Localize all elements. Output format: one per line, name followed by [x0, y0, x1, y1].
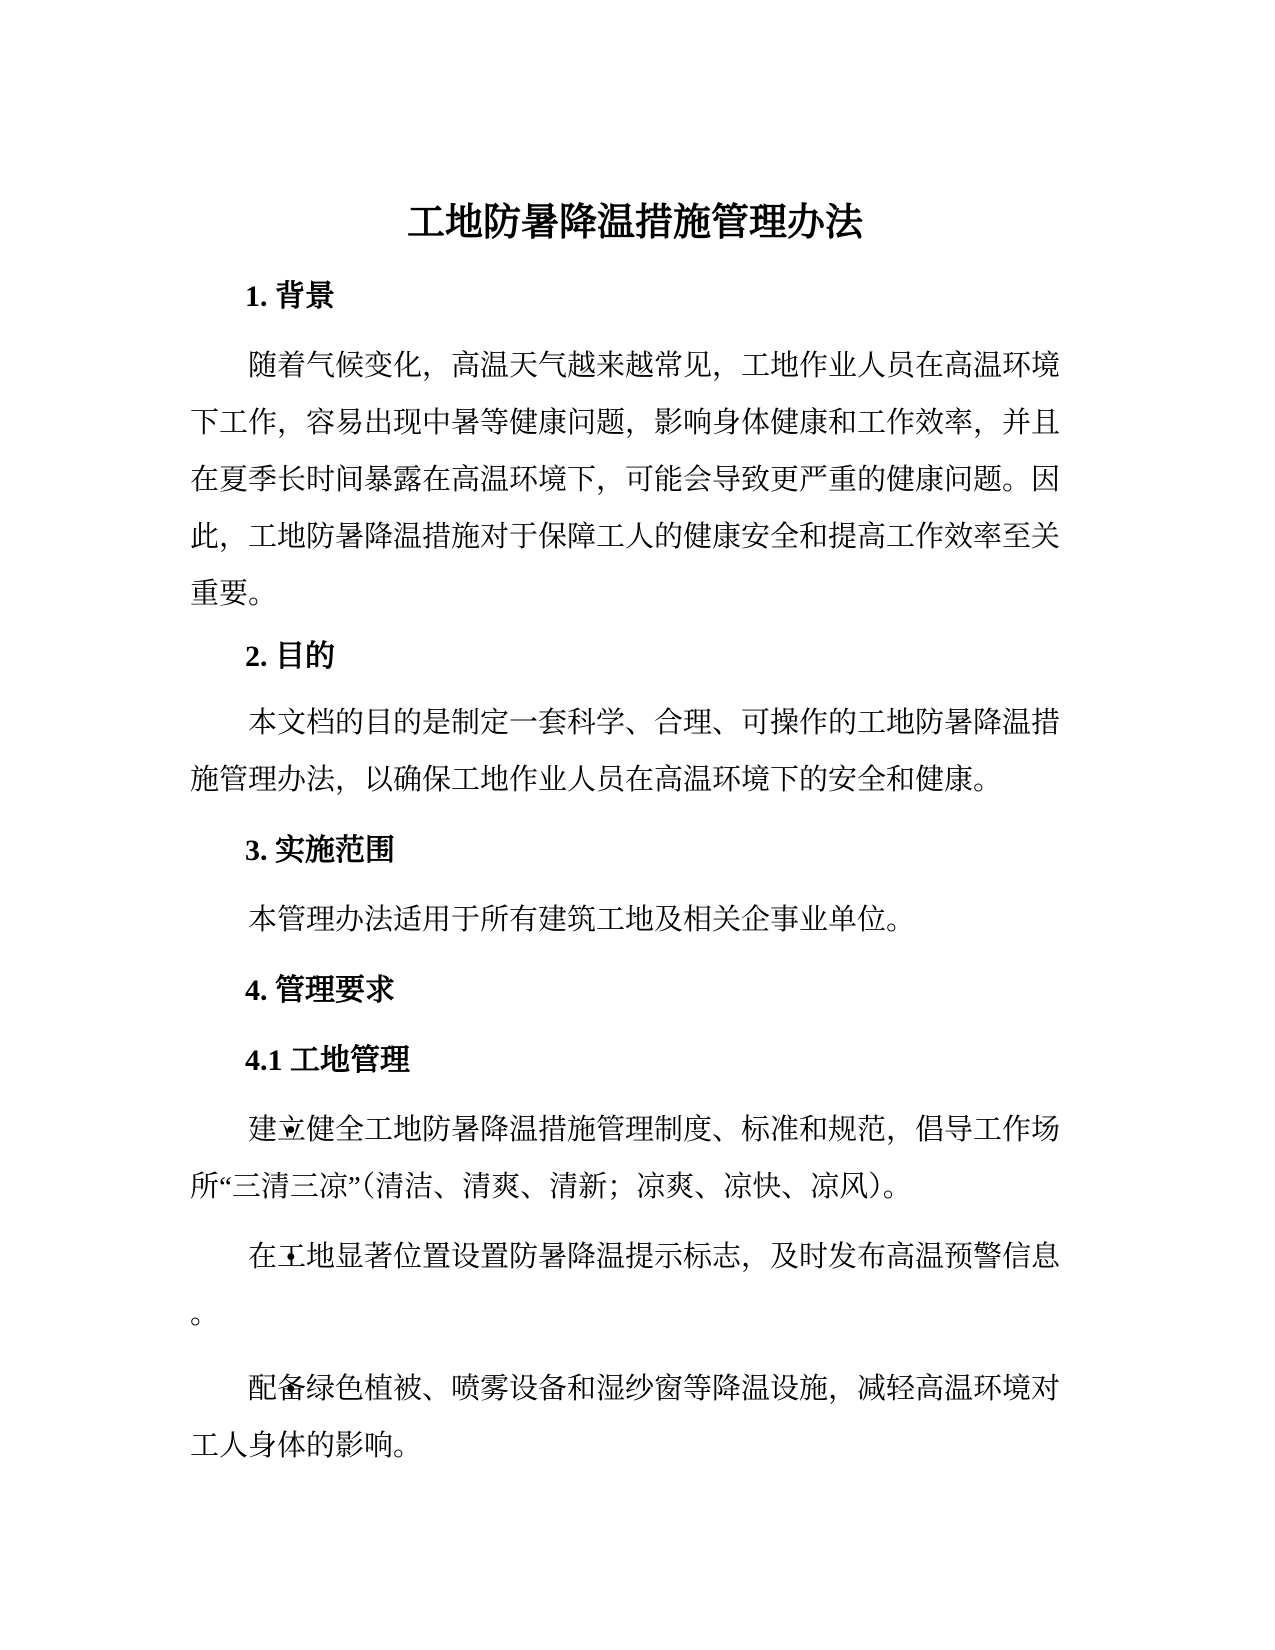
section-heading-requirements: 4. 管理要求 — [190, 971, 1060, 1011]
bullet-icon: • — [238, 1229, 248, 1286]
section-heading-purpose: 2. 目的 — [190, 637, 1060, 677]
paragraph-scope: 本管理办法适用于所有建筑工地及相关企事业单位。 — [190, 892, 1060, 949]
paragraph-purpose: 本文档的目的是制定一套科学、合理、可操作的工地防暑降温措施管理办法，以确保工地作… — [190, 695, 1060, 809]
document-page: 工地防暑降温措施管理办法 1. 背景 随着气候变化，高温天气越来越常见，工地作业… — [190, 199, 1060, 1475]
bullet-item: •建立健全工地防暑降温措施管理制度、标准和规范，倡导工作场所“三清三凉”（清洁、… — [190, 1102, 1060, 1216]
section-heading-background: 1. 背景 — [190, 277, 1060, 317]
bullet-icon: • — [238, 1361, 248, 1418]
section-heading-scope: 3. 实施范围 — [190, 831, 1060, 871]
bullet-icon: • — [238, 1102, 248, 1159]
bullet-text: 配备绿色植被、喷雾设备和湿纱窗等降温设施，减轻高温环境对工人身体的影响。 — [190, 1373, 1060, 1462]
paragraph-background: 随着气候变化，高温天气越来越常见，工地作业人员在高温环境下工作，容易出现中暑等健… — [190, 338, 1060, 623]
bullet-text: 在工地显著位置设置防暑降温提示标志，及时发布高温预警信息。 — [190, 1241, 1060, 1330]
bullet-item: •在工地显著位置设置防暑降温提示标志，及时发布高温预警信息。 — [190, 1229, 1060, 1343]
bullet-item: •配备绿色植被、喷雾设备和湿纱窗等降温设施，减轻高温环境对工人身体的影响。 — [190, 1361, 1060, 1475]
bullet-text: 建立健全工地防暑降温措施管理制度、标准和规范，倡导工作场所“三清三凉”（清洁、清… — [190, 1114, 1060, 1203]
section-heading-site-management: 4.1 工地管理 — [190, 1041, 1060, 1081]
document-title: 工地防暑降温措施管理办法 — [200, 199, 1070, 247]
